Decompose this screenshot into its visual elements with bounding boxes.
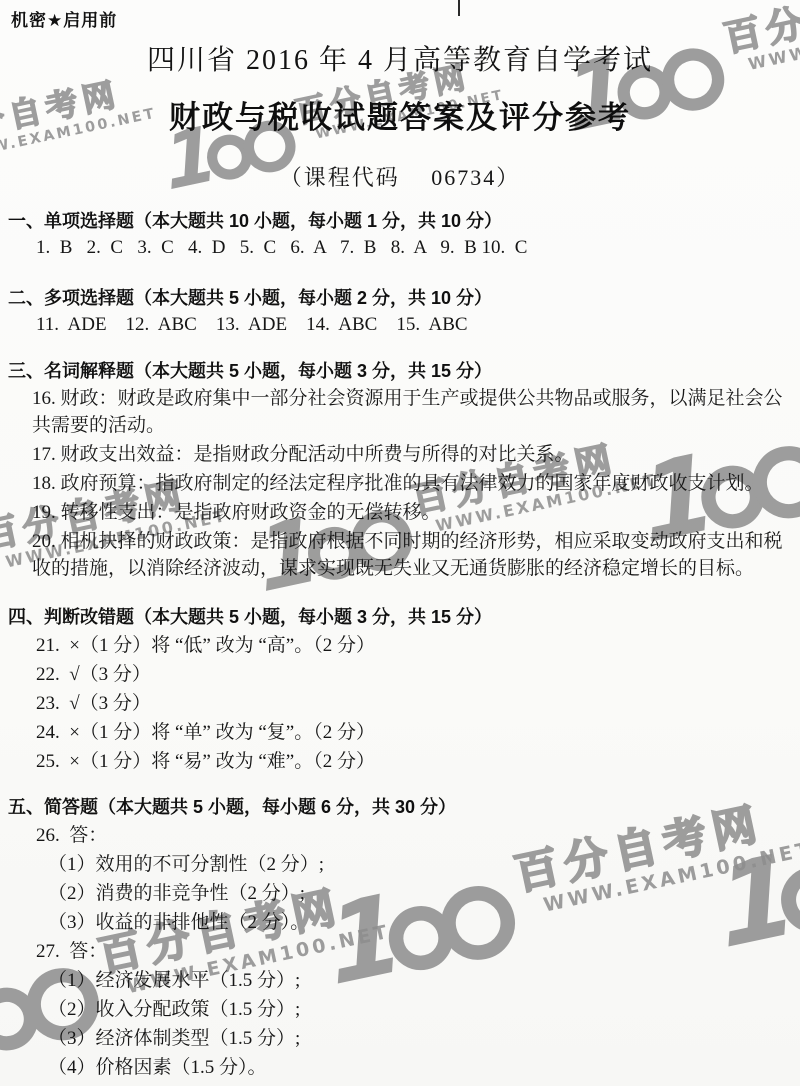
course-code: （课程代码 06734） xyxy=(0,163,800,193)
section-heading: 四、判断改错题（本大题共 5 小题，每小题 3 分，共 15 分） xyxy=(0,605,800,629)
scan-tick-mark xyxy=(458,0,460,16)
definition-item: 19. 转移性支出：是指政府财政资金的无偿转移。 xyxy=(0,499,800,526)
section-heading: 五、简答题（本大题共 5 小题，每小题 6 分，共 30 分） xyxy=(0,795,800,819)
definition-item: 17. 财政支出效益：是指财政分配活动中所费与所得的对比关系。 xyxy=(0,441,800,468)
definition-item: 16. 财政：财政是政府集中一部分社会资源用于生产或提供公共物品或服务，以满足社… xyxy=(0,385,800,439)
sub-answer-item: （3）经济体制类型（1.5 分）; xyxy=(0,1026,800,1051)
judgment-item: 22. √（3 分） xyxy=(0,662,800,687)
judgment-item: 24. ×（1 分）将 “单” 改为 “复”。（2 分） xyxy=(0,720,800,745)
section-short-answer: 五、简答题（本大题共 5 小题，每小题 6 分，共 30 分） 26. 答： （… xyxy=(0,795,800,1080)
judgment-item: 25. ×（1 分）将 “易” 改为 “难”。（2 分） xyxy=(0,749,800,774)
answer-line: 11. ADE 12. ABC 13. ADE 14. ABC 15. ABC xyxy=(0,313,800,337)
classification-label: 机密★启用前 xyxy=(11,6,117,31)
answer-item: 27. 答： xyxy=(0,939,800,964)
section-judgment: 四、判断改错题（本大题共 5 小题，每小题 3 分，共 15 分） 21. ×（… xyxy=(0,605,800,774)
judgment-item: 23. √（3 分） xyxy=(0,691,800,716)
document-content: 机密★启用前 四川省 2016 年 4 月高等教育自学考试 财政与税收试题答案及… xyxy=(0,0,800,1080)
section-single-choice: 一、单项选择题（本大题共 10 小题，每小题 1 分，共 10 分） 1. B … xyxy=(0,209,800,260)
section-heading: 三、名词解释题（本大题共 5 小题，每小题 3 分，共 15 分） xyxy=(0,359,800,383)
section-definitions: 三、名词解释题（本大题共 5 小题，每小题 3 分，共 15 分） 16. 财政… xyxy=(0,359,800,582)
answer-line: 1. B 2. C 3. C 4. D 5. C 6. A 7. B 8. A … xyxy=(0,236,800,260)
judgment-item: 21. ×（1 分）将 “低” 改为 “高”。（2 分） xyxy=(0,633,800,658)
page-subtitle: 财政与税收试题答案及评分参考 xyxy=(0,98,800,138)
page-title: 四川省 2016 年 4 月高等教育自学考试 xyxy=(0,0,800,78)
definition-item: 18. 政府预算：指政府制定的经法定程序批准的具有法律效力的国家年度财政收支计划… xyxy=(0,470,800,497)
sub-answer-item: （3）收益的非排他性（2 分）。 xyxy=(0,910,800,935)
sub-answer-item: （1）效用的不可分割性（2 分）; xyxy=(0,852,800,877)
sub-answer-item: （2）消费的非竞争性（2 分）; xyxy=(0,881,800,906)
answer-item: 26. 答： xyxy=(0,823,800,848)
section-multi-choice: 二、多项选择题（本大题共 5 小题，每小题 2 分，共 10 分） 11. AD… xyxy=(0,286,800,337)
definition-item: 20. 相机抉择的财政政策：是指政府根据不同时期的经济形势，相应采取变动政府支出… xyxy=(0,528,800,582)
scanned-exam-page: 1 百分自考网WWW.EXAM100.NET 1 百分自考网WWW.EXAM10… xyxy=(0,0,800,1086)
section-heading: 二、多项选择题（本大题共 5 小题，每小题 2 分，共 10 分） xyxy=(0,286,800,310)
section-heading: 一、单项选择题（本大题共 10 小题，每小题 1 分，共 10 分） xyxy=(0,209,800,233)
sub-answer-item: （2）收入分配政策（1.5 分）; xyxy=(0,997,800,1022)
sub-answer-item: （1）经济发展水平（1.5 分）; xyxy=(0,968,800,993)
sub-answer-item: （4）价格因素（1.5 分）。 xyxy=(0,1055,800,1080)
